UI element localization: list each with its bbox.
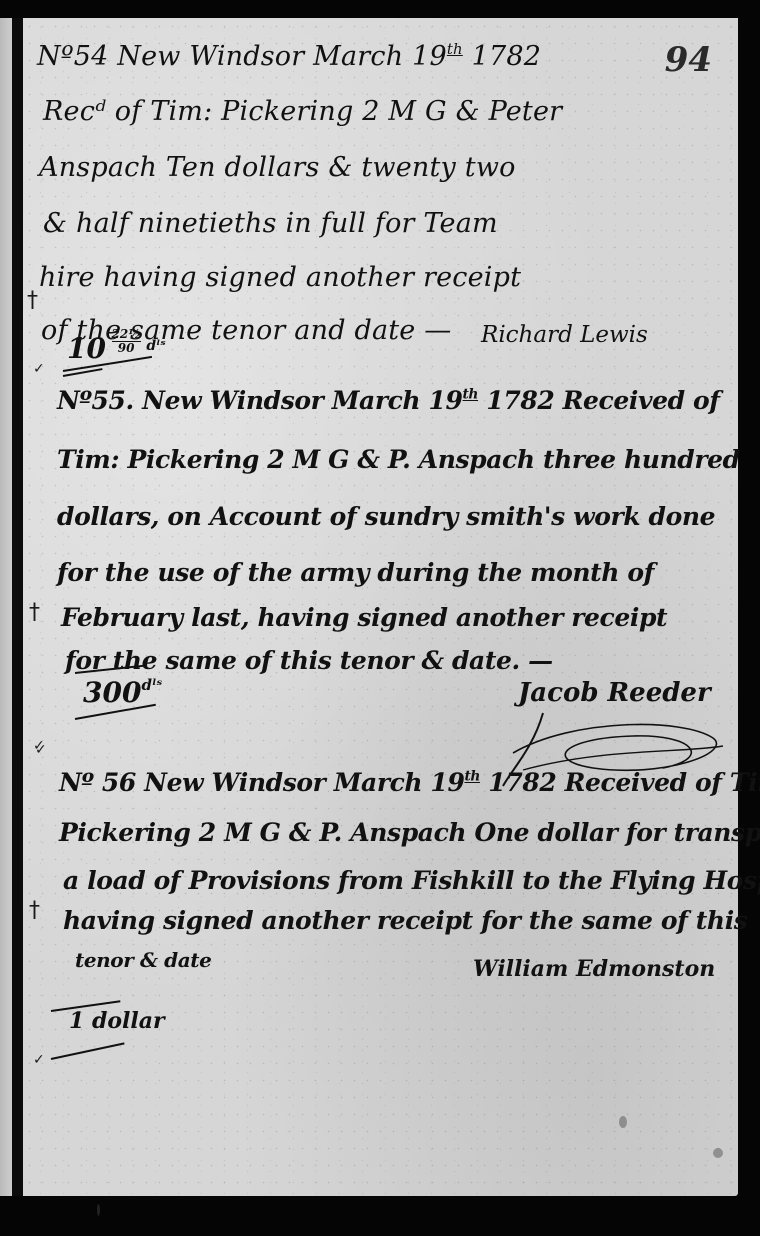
signature-richard-lewis: Richard Lewis bbox=[481, 322, 648, 348]
dagger-mark: † bbox=[29, 600, 40, 625]
binding-gutter bbox=[12, 18, 23, 1196]
paper-stain bbox=[619, 1116, 627, 1128]
check-mark: ✓ bbox=[35, 742, 47, 758]
entry-line: Nº55. New Windsor March 19th 1782 Receiv… bbox=[57, 386, 720, 415]
check-mark: ✓ bbox=[33, 1052, 45, 1068]
entry-line: Anspach Ten dollars & twenty two bbox=[39, 152, 516, 183]
entry-line: for the same of this tenor & date. — bbox=[65, 646, 553, 675]
paper-stain bbox=[713, 1148, 723, 1158]
entry-line: Nº54 New Windsor March 19th 1782 bbox=[37, 40, 541, 72]
dagger-mark: † bbox=[27, 288, 38, 313]
amount-1-dollar: 1 dollar bbox=[69, 1008, 165, 1034]
check-mark: ✓ bbox=[33, 361, 45, 377]
ledger-page: 94 Nº54 New Windsor March 19th 1782 Recᵈ… bbox=[23, 18, 738, 1196]
signature-william-edmonston: William Edmonston bbox=[473, 956, 715, 982]
paper-stain bbox=[97, 1204, 100, 1216]
entry-line: Nº 56 New Windsor March 19th 1782 Receiv… bbox=[59, 768, 760, 797]
entry-line: & half ninetieths in full for Team bbox=[43, 208, 498, 239]
amount-underline bbox=[51, 1042, 125, 1060]
entry-line: Tim: Pickering 2 M G & P. Anspach three … bbox=[57, 445, 740, 474]
dagger-mark: † bbox=[29, 898, 40, 923]
entry-line: Pickering 2 M G & P. Anspach One dollar … bbox=[59, 818, 760, 847]
entry-line: having signed another receipt for the sa… bbox=[63, 906, 747, 935]
entry-line: Recᵈ of Tim: Pickering 2 M G & Peter bbox=[43, 96, 562, 127]
signature-jacob-reeder: Jacob Reeder bbox=[518, 678, 711, 708]
entry-line: hire having signed another receipt bbox=[39, 262, 521, 293]
entry-line: a load of Provisions from Fishkill to th… bbox=[63, 866, 760, 895]
entry-line: dollars, on Account of sundry smith's wo… bbox=[57, 502, 715, 531]
entry-line: February last, having signed another rec… bbox=[61, 603, 667, 632]
entry-line: tenor & date bbox=[75, 948, 211, 972]
folio-number: 94 bbox=[665, 40, 712, 80]
adjacent-page-edge bbox=[0, 18, 12, 1196]
entry-line: for the use of the army during the month… bbox=[57, 558, 654, 587]
amount-10-dollars: 10 22½ 90 dˡˢ bbox=[67, 328, 166, 365]
